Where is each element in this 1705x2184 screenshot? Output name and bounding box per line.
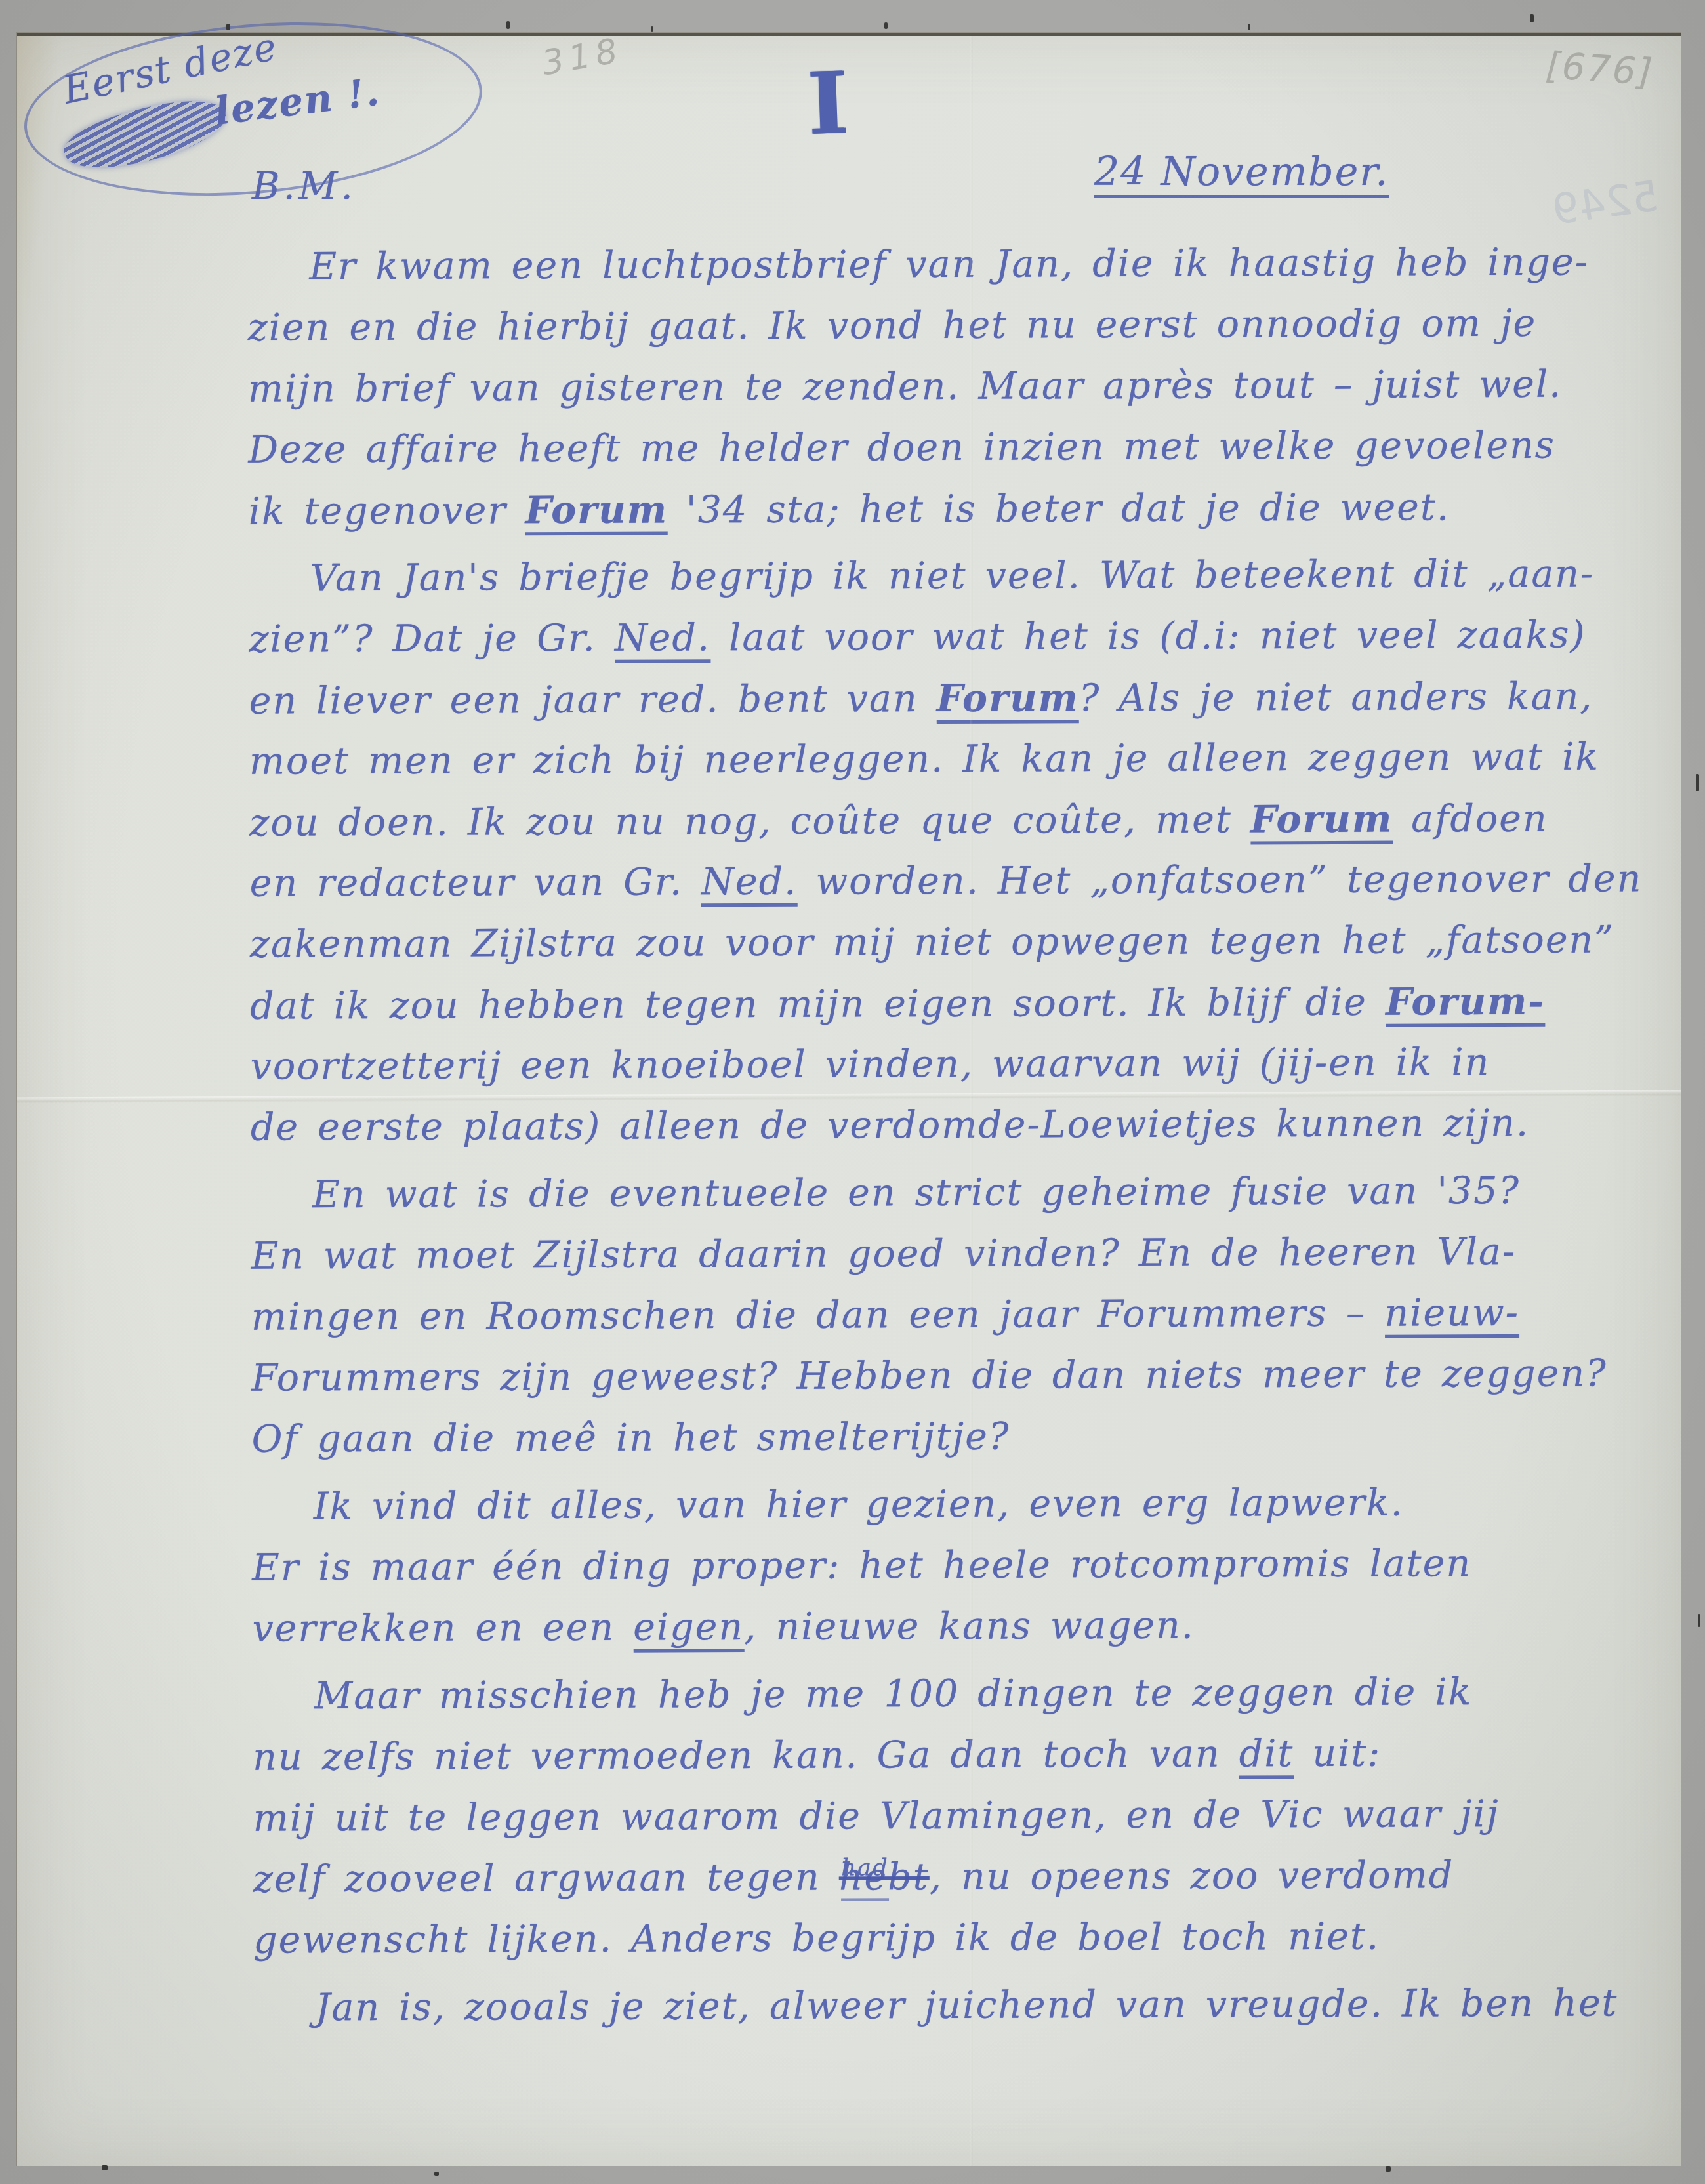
text-segment: Maar misschien heb je me 100 dingen te z… bbox=[314, 1670, 1472, 1718]
underlined-word: dit bbox=[1239, 1732, 1294, 1779]
text-segment: En wat moet Zijlstra daarin goed vinden?… bbox=[251, 1230, 1517, 1278]
letter-body: Er kwam een luchtpostbrief van Jan, die … bbox=[247, 232, 1646, 2045]
scan-artifact bbox=[884, 22, 888, 29]
handwritten-line: en liever een jaar red. bent van Forum? … bbox=[249, 665, 1641, 731]
section-numeral: I bbox=[806, 52, 849, 154]
fold-crease-vertical bbox=[970, 36, 973, 2166]
paragraph: Van Jan's briefje begrijp ik niet veel. … bbox=[249, 543, 1643, 1158]
text-segment: afdoen bbox=[1393, 797, 1548, 841]
text-segment: Deze affaire heeft me helder doen inzien… bbox=[248, 424, 1555, 472]
handwritten-line: mijn brief van gisteren te zenden. Maar … bbox=[248, 354, 1640, 419]
handwritten-line: En wat moet Zijlstra daarin goed vinden?… bbox=[251, 1221, 1643, 1287]
scan-artifact bbox=[651, 26, 653, 32]
scan-artifact bbox=[1386, 2166, 1391, 2172]
text-segment: Ik vind dit alles, van hier gezien, even… bbox=[314, 1481, 1404, 1529]
underlined-word: Forum bbox=[525, 487, 668, 535]
text-segment: zien en die hierbij gaat. Ik vond het nu… bbox=[248, 302, 1537, 350]
text-segment: Forummers zijn geweest? Hebben die dan n… bbox=[251, 1351, 1607, 1399]
handwritten-line: zien”? Dat je Gr. Ned. laat voor wat het… bbox=[249, 604, 1641, 670]
text-segment: de eerste plaats) alleen de verdomde-Loe… bbox=[251, 1102, 1529, 1149]
handwritten-line: en redacteur van Gr. Ned. worden. Het „o… bbox=[249, 848, 1641, 914]
handwritten-line: de eerste plaats) alleen de verdomde-Loe… bbox=[251, 1092, 1643, 1158]
handwritten-line: Er kwam een luchtpostbrief van Jan, die … bbox=[247, 232, 1639, 297]
text-segment: verrekken en een bbox=[252, 1606, 633, 1651]
ink-bleedthrough-mark: 5249 bbox=[1550, 172, 1662, 235]
handwritten-line: Jan is, zooals je ziet, alweer juichend … bbox=[253, 1973, 1645, 2038]
text-segment: voortzetterij een knoeiboel vinden, waar… bbox=[250, 1040, 1490, 1088]
text-segment: Of gaan die meê in het smelterijtje? bbox=[251, 1415, 1010, 1461]
inserted-word-above: had bbox=[841, 1837, 889, 1901]
handwritten-line: mij uit te leggen waarom die Vlamingen, … bbox=[253, 1783, 1645, 1849]
pencil-number: 318 bbox=[539, 31, 626, 83]
handwritten-line: En wat is die eventueele en strict gehei… bbox=[251, 1160, 1643, 1226]
text-segment: nu zelfs niet vermoeden kan. Ga dan toch… bbox=[253, 1732, 1239, 1779]
text-segment: uit: bbox=[1294, 1732, 1381, 1775]
text-segment: En wat is die eventueele en strict gehei… bbox=[312, 1169, 1520, 1216]
scan-artifact bbox=[102, 2165, 108, 2170]
underlined-word: eigen bbox=[633, 1605, 744, 1653]
handwritten-line: nu zelfs niet vermoeden kan. Ga dan toch… bbox=[253, 1722, 1645, 1788]
text-segment: en redacteur van Gr. bbox=[250, 860, 702, 905]
text-segment: Er is maar één ding proper: het heele ro… bbox=[252, 1542, 1471, 1589]
paragraph: Er kwam een luchtpostbrief van Jan, die … bbox=[247, 232, 1641, 541]
paragraph: En wat is die eventueele en strict gehei… bbox=[251, 1160, 1644, 1470]
scan-artifact bbox=[506, 21, 510, 29]
handwritten-line: dat ik zou hebben tegen mijn eigen soort… bbox=[250, 970, 1642, 1036]
underlined-word: Forum bbox=[1250, 797, 1393, 845]
handwritten-line: verrekken en een eigen, nieuwe kans wage… bbox=[252, 1594, 1644, 1659]
text-segment: Er kwam een luchtpostbrief van Jan, die … bbox=[309, 241, 1589, 289]
paragraph: Jan is, zooals je ziet, alweer juichend … bbox=[253, 1973, 1645, 2038]
text-segment: moet men er zich bij neerleggen. Ik kan … bbox=[249, 735, 1599, 783]
handwritten-line: moet men er zich bij neerleggen. Ik kan … bbox=[249, 726, 1641, 792]
salutation: B.M. bbox=[252, 163, 356, 208]
underlined-word: Ned. bbox=[701, 860, 797, 907]
text-segment: ? Als je niet anders kan, bbox=[1079, 675, 1593, 720]
text-segment: , nu opeens zoo verdomd bbox=[930, 1853, 1454, 1899]
scan-artifact bbox=[226, 24, 230, 30]
handwritten-line: zakenman Zijlstra zou voor mij niet opwe… bbox=[250, 909, 1642, 975]
scan-artifact bbox=[1698, 1614, 1700, 1627]
text-segment: zien”? Dat je Gr. bbox=[249, 617, 615, 661]
handwritten-line: Of gaan die meê in het smelterijtje? bbox=[251, 1404, 1643, 1470]
text-segment: mijn brief van gisteren te zenden. Maar … bbox=[248, 363, 1563, 411]
text-segment: '34 sta; het is beter dat je die weet. bbox=[668, 485, 1450, 531]
letter-date-text: 24 November. bbox=[1094, 149, 1389, 198]
scan-artifact bbox=[1248, 24, 1250, 30]
scan-artifact bbox=[1530, 14, 1534, 22]
underlined-word: Ned. bbox=[615, 616, 710, 663]
text-segment: ik tegenover bbox=[249, 489, 525, 533]
text-segment: zou doen. Ik zou nu nog, coûte que coûte… bbox=[249, 798, 1250, 844]
text-segment: mingen en Roomschen die dan een jaar For… bbox=[251, 1292, 1385, 1339]
underlined-word: Forum bbox=[937, 676, 1079, 724]
handwritten-line: ik tegenover Forum '34 sta; het is beter… bbox=[248, 476, 1640, 541]
text-segment: worden. Het „onfatsoen” tegenover den bbox=[797, 857, 1642, 903]
handwritten-line: Er is maar één ding proper: het heele ro… bbox=[252, 1533, 1644, 1598]
scan-artifact bbox=[1696, 774, 1699, 791]
paragraph: Ik vind dit alles, van hier gezien, even… bbox=[252, 1472, 1645, 1659]
text-segment: zelf zooveel argwaan tegen bbox=[253, 1856, 839, 1901]
handwritten-line: Van Jan's briefje begrijp ik niet veel. … bbox=[249, 543, 1641, 609]
handwritten-line: Ik vind dit alles, van hier gezien, even… bbox=[252, 1472, 1644, 1537]
paragraph: Maar misschien heb je me 100 dingen te z… bbox=[253, 1661, 1646, 1971]
text-segment: en liever een jaar red. bent van bbox=[249, 677, 937, 723]
text-segment: laat voor wat het is (d.i: niet veel zaa… bbox=[710, 613, 1586, 660]
scanner-background: Eerst deze lezen !. 318 I [676] 5249 24 … bbox=[0, 0, 1705, 2184]
handwritten-line: zien en die hierbij gaat. Ik vond het nu… bbox=[248, 293, 1640, 358]
text-segment: Van Jan's briefje begrijp ik niet veel. … bbox=[310, 552, 1594, 600]
text-segment: gewenscht lijken. Anders begrijp ik de b… bbox=[253, 1915, 1380, 1962]
handwritten-line: voortzetterij een knoeiboel vinden, waar… bbox=[250, 1031, 1642, 1097]
text-segment: mij uit te leggen waarom die Vlamingen, … bbox=[253, 1792, 1499, 1840]
struck-word: hebthad bbox=[839, 1855, 930, 1899]
folio-number: [676] bbox=[1544, 44, 1656, 94]
handwritten-line: mingen en Roomschen die dan een jaar For… bbox=[251, 1282, 1643, 1348]
letter-date: 24 November. bbox=[1094, 149, 1389, 195]
handwritten-line: gewenscht lijken. Anders begrijp ik de b… bbox=[253, 1905, 1645, 1971]
handwritten-line: zou doen. Ik zou nu nog, coûte que coûte… bbox=[249, 787, 1641, 853]
underlined-word: Forum- bbox=[1386, 979, 1545, 1027]
handwritten-line: zelf zooveel argwaan tegen hebthad, nu o… bbox=[253, 1844, 1645, 1910]
text-segment: Jan is, zooals je ziet, alweer juichend … bbox=[316, 1981, 1618, 2029]
text-segment: dat ik zou hebben tegen mijn eigen soort… bbox=[250, 981, 1386, 1028]
handwritten-line: Deze affaire heeft me helder doen inzien… bbox=[248, 415, 1640, 480]
text-segment: zakenman Zijlstra zou voor mij niet opwe… bbox=[250, 918, 1615, 966]
letter-paper: Eerst deze lezen !. 318 I [676] 5249 24 … bbox=[17, 33, 1681, 2166]
underlined-word: nieuw- bbox=[1384, 1291, 1519, 1338]
handwritten-line: Forummers zijn geweest? Hebben die dan n… bbox=[251, 1343, 1643, 1409]
scan-artifact bbox=[434, 2172, 439, 2176]
handwritten-line: Maar misschien heb je me 100 dingen te z… bbox=[253, 1661, 1645, 1727]
